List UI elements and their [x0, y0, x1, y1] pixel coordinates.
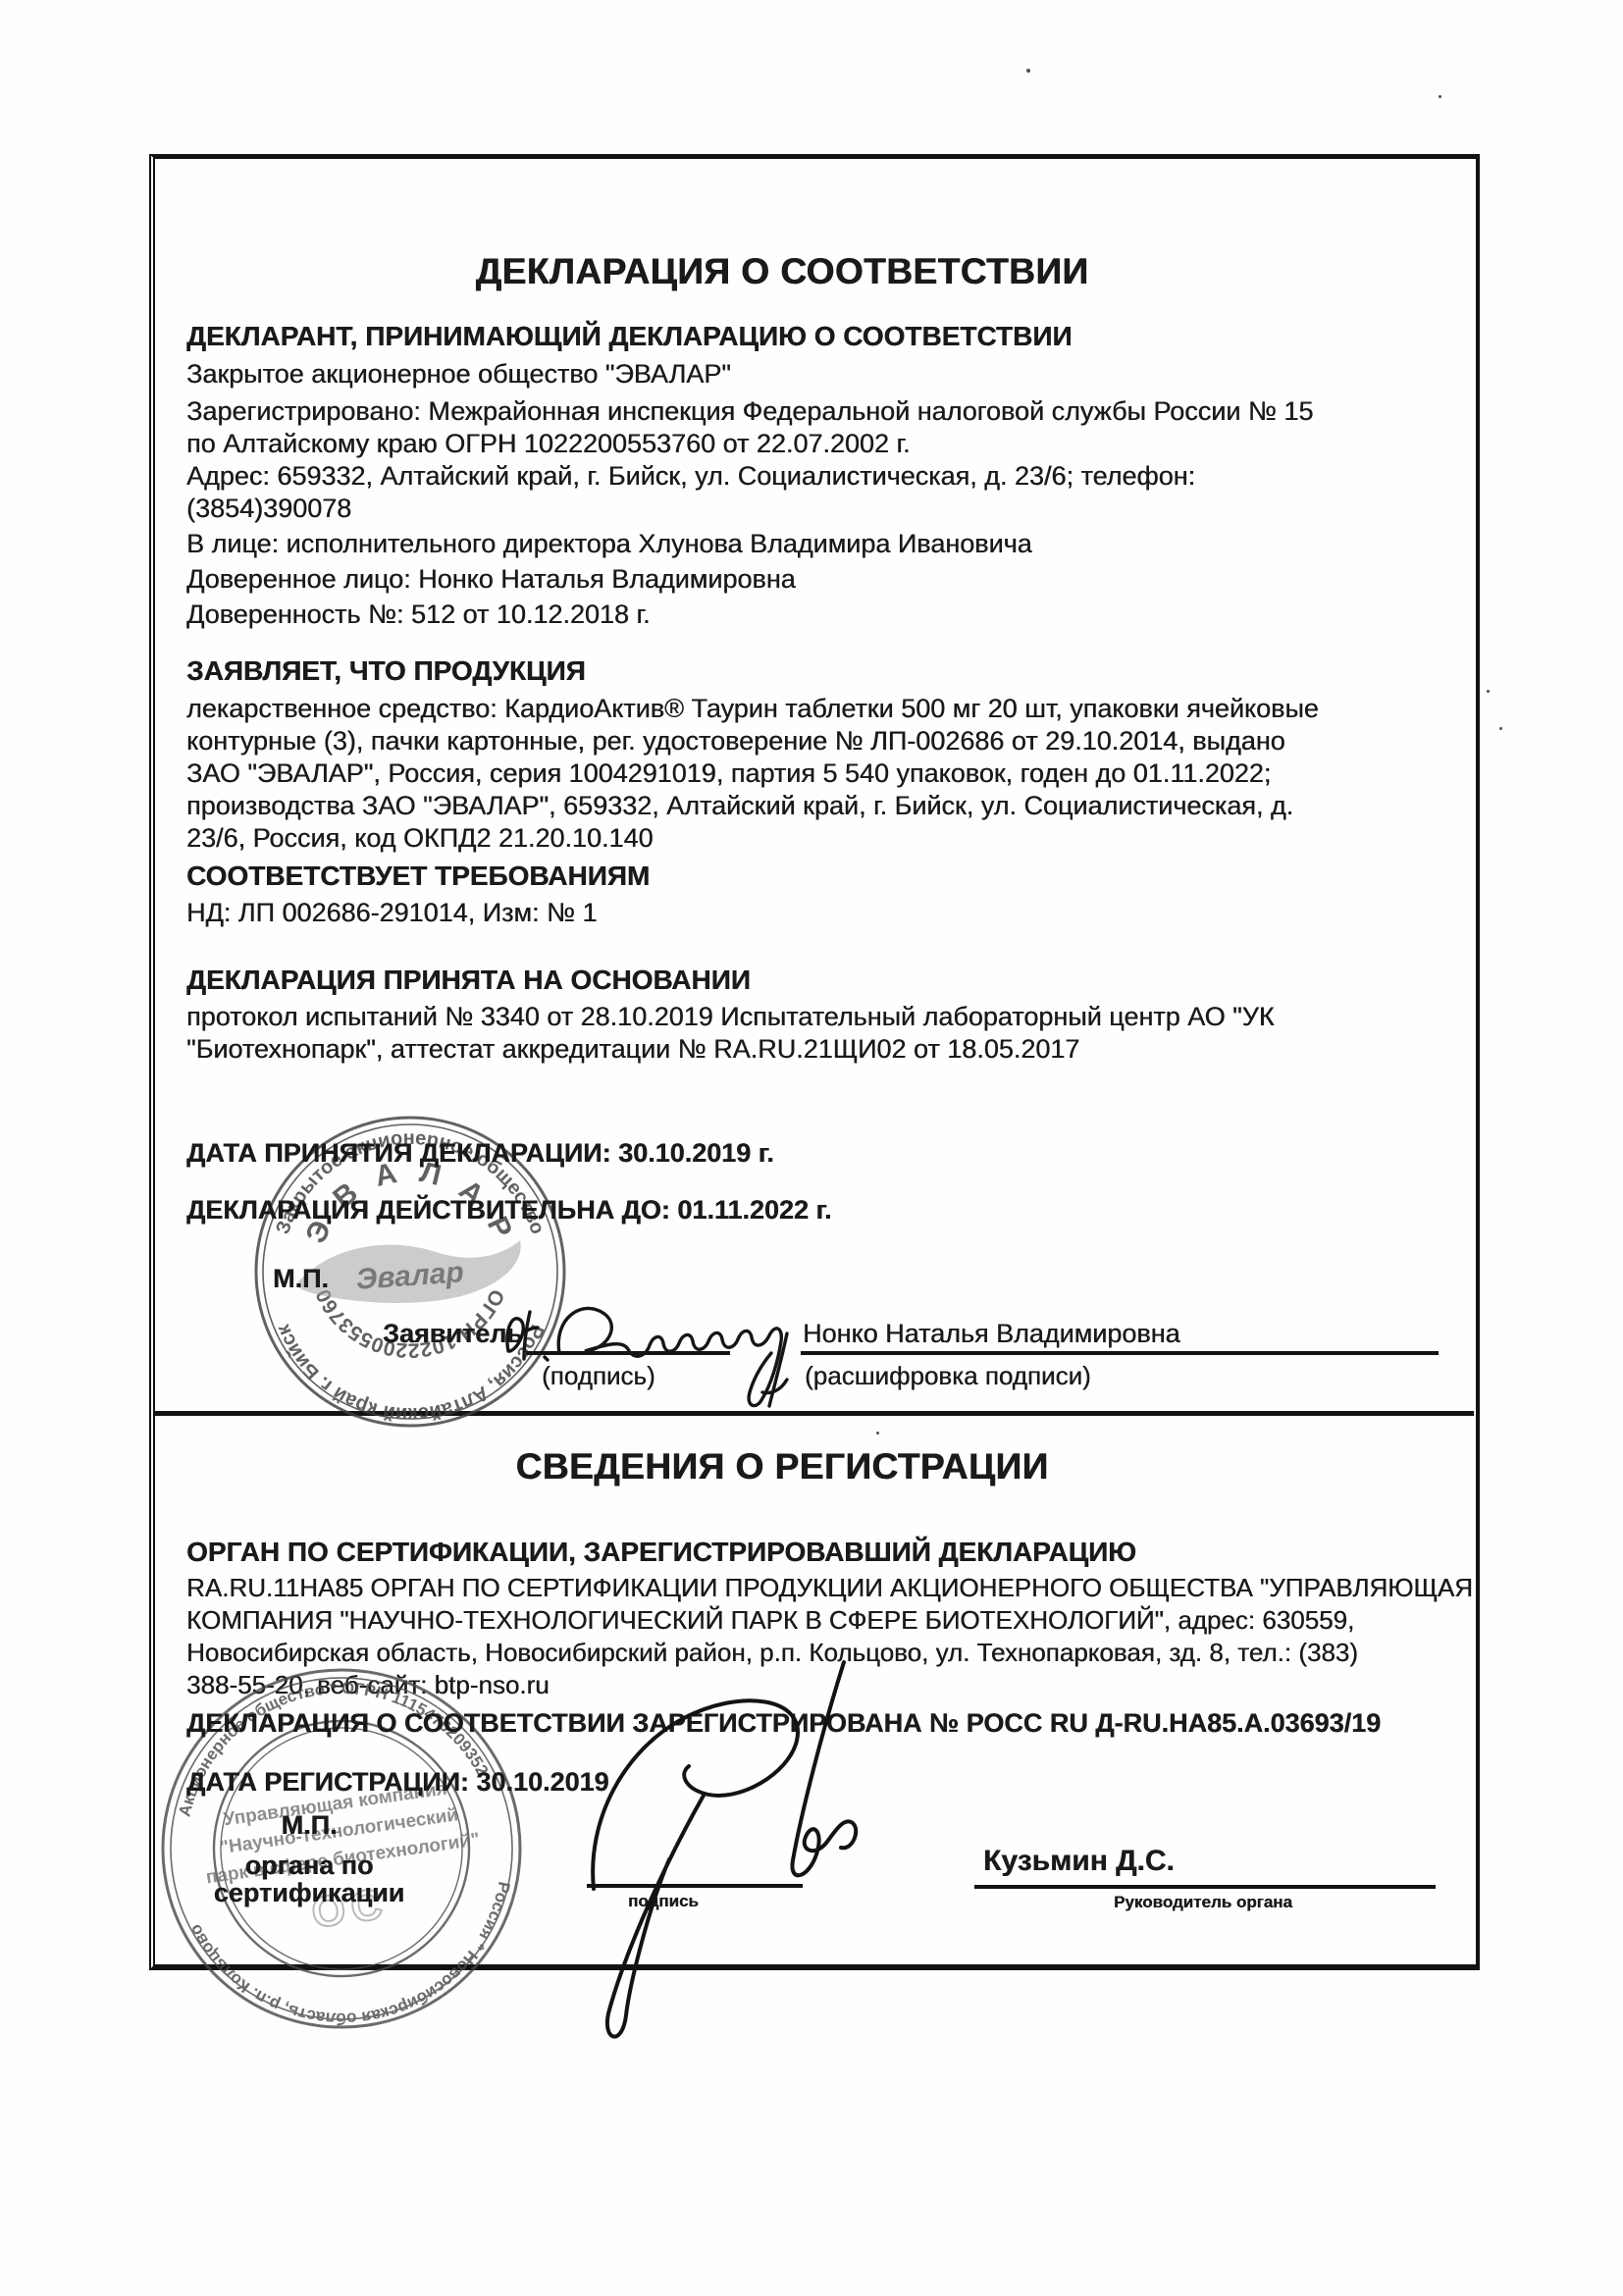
document-page: ДЕКЛАРАЦИЯ О СООТВЕТСТВИИ ДЕКЛАРАНТ, ПРИ… — [0, 0, 1623, 2296]
scan-speck — [1499, 727, 1502, 730]
scan-speck — [876, 1432, 879, 1435]
conformity-heading: СООТВЕТСТВУЕТ ТРЕБОВАНИЯМ — [186, 861, 650, 892]
head-signature — [530, 1648, 922, 2070]
product-line: ЗАО "ЭВАЛАР", Россия, серия 1004291019, … — [186, 758, 1271, 789]
product-line: лекарственное средство: КардиоАктив® Тау… — [186, 694, 1319, 724]
stamp-place-label: М.П. — [226, 1810, 393, 1841]
declarant-registered-line: Зарегистрировано: Межрайонная инспекция … — [186, 396, 1313, 427]
scan-speck — [1026, 69, 1030, 73]
page-title: ДЕКЛАРАЦИЯ О СООТВЕТСТВИИ — [154, 251, 1410, 292]
stamp-place-label: органа по — [226, 1851, 393, 1881]
product-line: 23/6, Россия, код ОКПД2 21.20.10.140 — [186, 823, 653, 854]
normative-doc: НД: ЛП 002686-291014, Изм: № 1 — [186, 898, 597, 928]
declarant-representative: В лице: исполнительного директора Хлунов… — [186, 529, 1032, 559]
valid-until-date: ДЕКЛАРАЦИЯ ДЕЙСТВИТЕЛЬНА ДО: 01.11.2022 … — [186, 1195, 831, 1226]
head-caption: Руководитель органа — [1114, 1893, 1292, 1912]
declarant-trustee: Доверенное лицо: Нонко Наталья Владимиро… — [186, 564, 796, 595]
declarant-address-line: Адрес: 659332, Алтайский край, г. Бийск,… — [186, 461, 1195, 492]
scan-speck — [1487, 690, 1490, 693]
declarant-name: Закрытое акционерное общество "ЭВАЛАР" — [186, 359, 731, 390]
cert-body-line: RA.RU.11НА85 ОРГАН ПО СЕРТИФИКАЦИИ ПРОДУ… — [186, 1574, 1473, 1603]
declarant-registered-line: по Алтайскому краю ОГРН 1022200553760 от… — [186, 429, 910, 459]
applicant-name: Нонко Наталья Владимировна — [803, 1319, 1180, 1349]
name-line — [801, 1351, 1439, 1355]
cert-body-line: КОМПАНИЯ "НАУЧНО-ТЕХНОЛОГИЧЕСКИЙ ПАРК В … — [186, 1606, 1354, 1636]
product-line: контурные (3), пачки картонные, рег. удо… — [186, 726, 1285, 757]
declarant-address-line: (3854)390078 — [186, 494, 351, 524]
product-line: производства ЗАО "ЭВАЛАР", 659332, Алтай… — [186, 791, 1293, 821]
stamp-place-label: М.П. — [273, 1264, 329, 1294]
product-heading: ЗАЯВЛЯЕТ, ЧТО ПРОДУКЦИЯ — [186, 655, 586, 687]
registration-section-title: СВЕДЕНИЯ О РЕГИСТРАЦИИ — [154, 1446, 1410, 1487]
power-of-attorney: Доверенность №: 512 от 10.12.2018 г. — [186, 600, 650, 630]
basis-heading: ДЕКЛАРАЦИЯ ПРИНЯТА НА ОСНОВАНИИ — [186, 965, 751, 996]
basis-line: "Биотехнопарк", аттестат аккредитации № … — [186, 1034, 1079, 1065]
name-line — [974, 1885, 1436, 1889]
declarant-heading: ДЕКЛАРАНТ, ПРИНИМАЮЩИЙ ДЕКЛАРАЦИЮ О СООТ… — [186, 321, 1072, 352]
name-caption: (расшифровка подписи) — [805, 1362, 1091, 1391]
head-name: Кузьмин Д.С. — [983, 1845, 1175, 1879]
basis-line: протокол испытаний № 3340 от 28.10.2019 … — [186, 1002, 1275, 1032]
applicant-signature — [491, 1290, 824, 1437]
adoption-date: ДАТА ПРИНЯТИЯ ДЕКЛАРАЦИИ: 30.10.2019 г. — [186, 1138, 774, 1169]
cert-body-heading: ОРГАН ПО СЕРТИФИКАЦИИ, ЗАРЕГИСТРИРОВАВШИ… — [186, 1537, 1136, 1568]
stamp-place-label: сертификации — [208, 1878, 410, 1908]
scan-speck — [1439, 95, 1441, 98]
